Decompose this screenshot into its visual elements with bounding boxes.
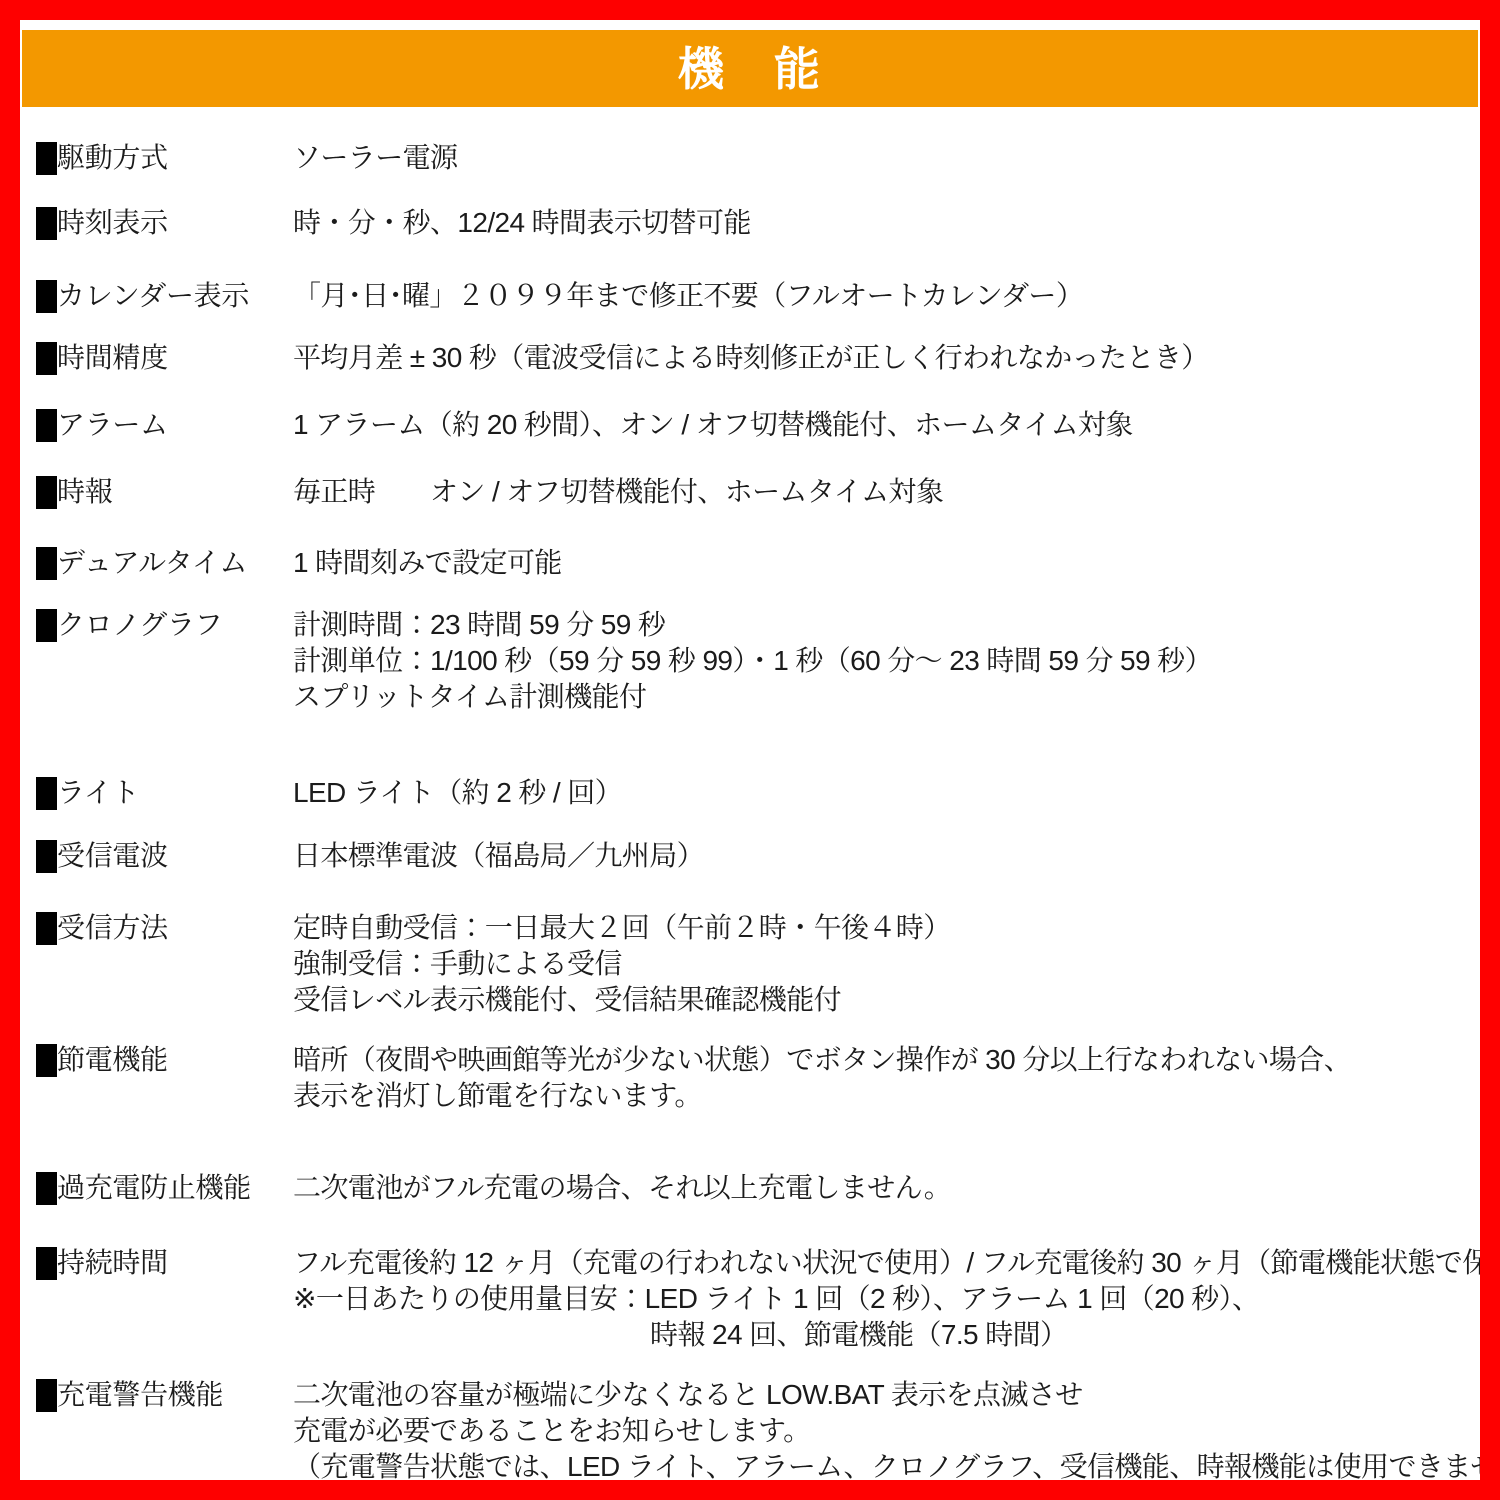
spec-label-cell: アラーム bbox=[36, 407, 293, 443]
spec-label-cell: 時刻表示 bbox=[36, 205, 293, 241]
spec-row: アラーム1 アラーム（約 20 秒間）、オン / オフ切替機能付、ホームタイム対… bbox=[36, 407, 1476, 443]
spec-label: 持続時間 bbox=[57, 1245, 168, 1281]
spec-value-line: （充電警告状態では、LED ライト、アラーム、クロノグラフ、受信機能、時報機能は… bbox=[293, 1449, 1476, 1485]
spec-label: 過充電防止機能 bbox=[57, 1170, 251, 1206]
spec-value-line: 時報 24 回、節電機能（7.5 時間） bbox=[293, 1317, 1476, 1353]
spec-row: 時間精度平均月差 ± 30 秒（電波受信による時刻修正が正しく行われなかったとき… bbox=[36, 340, 1476, 376]
bullet-icon bbox=[36, 1172, 57, 1205]
spec-row: クロノグラフ計測時間：23 時間 59 分 59 秒計測単位：1/100 秒（5… bbox=[36, 607, 1476, 715]
spec-value-line: 計測単位：1/100 秒（59 分 59 秒 99）・1 秒（60 分〜 23 … bbox=[293, 643, 1476, 679]
bullet-icon bbox=[36, 840, 57, 873]
spec-label-cell: 過充電防止機能 bbox=[36, 1170, 293, 1206]
bullet-icon bbox=[36, 409, 57, 442]
spec-row: 時報毎正時 オン / オフ切替機能付、ホームタイム対象 bbox=[36, 474, 1476, 510]
bullet-icon bbox=[36, 1247, 57, 1280]
spec-value-line: 時・分・秒、12/24 時間表示切替可能 bbox=[293, 205, 1476, 241]
spec-label: ライト bbox=[57, 775, 139, 811]
spec-label-cell: カレンダー表示 bbox=[36, 278, 293, 314]
spec-row: 過充電防止機能二次電池がフル充電の場合、それ以上充電しません。 bbox=[36, 1170, 1476, 1206]
spec-value: 毎正時 オン / オフ切替機能付、ホームタイム対象 bbox=[293, 474, 1476, 510]
bullet-icon bbox=[36, 476, 57, 509]
spec-label: 時間精度 bbox=[57, 340, 168, 376]
spec-value-line: 二次電池の容量が極端に少なくなると LOW.BAT 表示を点滅させ bbox=[293, 1377, 1476, 1413]
spec-value-line: 充電が必要であることをお知らせします。 bbox=[293, 1413, 1476, 1449]
spec-row: ライトLED ライト（約 2 秒 / 回） bbox=[36, 775, 1476, 811]
spec-value-line: 計測時間：23 時間 59 分 59 秒 bbox=[293, 607, 1476, 643]
spec-label: デュアルタイム bbox=[57, 545, 247, 581]
spec-sheet-page: 機 能 駆動方式ソーラー電源時刻表示時・分・秒、12/24 時間表示切替可能カレ… bbox=[0, 0, 1500, 1500]
spec-row: 駆動方式ソーラー電源 bbox=[36, 140, 1476, 176]
spec-value-line: ※一日あたりの使用量目安：LED ライト 1 回（2 秒）、アラーム 1 回（2… bbox=[293, 1281, 1476, 1317]
spec-row: 充電警告機能二次電池の容量が極端に少なくなると LOW.BAT 表示を点滅させ充… bbox=[36, 1377, 1476, 1485]
spec-value-line: 1 時間刻みで設定可能 bbox=[293, 545, 1476, 581]
spec-label-cell: 充電警告機能 bbox=[36, 1377, 293, 1413]
spec-label-cell: 節電機能 bbox=[36, 1042, 293, 1078]
spec-value: ソーラー電源 bbox=[293, 140, 1476, 176]
bullet-icon bbox=[36, 912, 57, 945]
bullet-icon bbox=[36, 1044, 57, 1077]
spec-value: 暗所（夜間や映画館等光が少ない状態）でボタン操作が 30 分以上行なわれない場合… bbox=[293, 1042, 1476, 1114]
spec-value-line: 日本標準電波（福島局／九州局） bbox=[293, 838, 1476, 874]
spec-label-cell: 受信電波 bbox=[36, 838, 293, 874]
spec-value-line: 二次電池がフル充電の場合、それ以上充電しません。 bbox=[293, 1170, 1476, 1206]
spec-value-line: 「月･日･曜」２０９９年まで修正不要（フルオートカレンダー） bbox=[293, 278, 1476, 314]
spec-value-line: 1 アラーム（約 20 秒間）、オン / オフ切替機能付、ホームタイム対象 bbox=[293, 407, 1476, 443]
spec-row: 受信方法定時自動受信：一日最大２回（午前２時・午後４時）強制受信：手動による受信… bbox=[36, 910, 1476, 1018]
spec-value-line: 表示を消灯し節電を行ないます。 bbox=[293, 1078, 1476, 1114]
spec-value: 1 時間刻みで設定可能 bbox=[293, 545, 1476, 581]
spec-label-cell: デュアルタイム bbox=[36, 545, 293, 581]
spec-label: アラーム bbox=[57, 407, 168, 443]
bullet-icon bbox=[36, 1379, 57, 1412]
spec-value-line: フル充電後約 12 ヶ月（充電の行われない状況で使用）/ フル充電後約 30 ヶ… bbox=[293, 1245, 1476, 1281]
spec-label: 時報 bbox=[57, 474, 112, 510]
spec-value-line: ソーラー電源 bbox=[293, 140, 1476, 176]
spec-value: 時・分・秒、12/24 時間表示切替可能 bbox=[293, 205, 1476, 241]
spec-value: LED ライト（約 2 秒 / 回） bbox=[293, 775, 1476, 811]
spec-label-cell: 時報 bbox=[36, 474, 293, 510]
spec-row: 節電機能暗所（夜間や映画館等光が少ない状態）でボタン操作が 30 分以上行なわれ… bbox=[36, 1042, 1476, 1114]
spec-value: 二次電池の容量が極端に少なくなると LOW.BAT 表示を点滅させ充電が必要であ… bbox=[293, 1377, 1476, 1485]
spec-label-cell: 時間精度 bbox=[36, 340, 293, 376]
spec-label-cell: ライト bbox=[36, 775, 293, 811]
bullet-icon bbox=[36, 142, 57, 175]
spec-label: クロノグラフ bbox=[57, 607, 222, 643]
spec-value: 「月･日･曜」２０９９年まで修正不要（フルオートカレンダー） bbox=[293, 278, 1476, 314]
bullet-icon bbox=[36, 547, 57, 580]
bullet-icon bbox=[36, 280, 57, 313]
header-bar: 機 能 bbox=[22, 30, 1478, 107]
spec-row: カレンダー表示「月･日･曜」２０９９年まで修正不要（フルオートカレンダー） bbox=[36, 278, 1476, 314]
spec-label-cell: 持続時間 bbox=[36, 1245, 293, 1281]
spec-label: 駆動方式 bbox=[57, 140, 168, 176]
spec-label: 時刻表示 bbox=[57, 205, 168, 241]
spec-value: 二次電池がフル充電の場合、それ以上充電しません。 bbox=[293, 1170, 1476, 1206]
spec-value-line: 受信レベル表示機能付、受信結果確認機能付 bbox=[293, 982, 1476, 1018]
bullet-icon bbox=[36, 342, 57, 375]
spec-row: 持続時間フル充電後約 12 ヶ月（充電の行われない状況で使用）/ フル充電後約 … bbox=[36, 1245, 1476, 1353]
spec-row: 受信電波日本標準電波（福島局／九州局） bbox=[36, 838, 1476, 874]
spec-label: 節電機能 bbox=[57, 1042, 168, 1078]
spec-value: 定時自動受信：一日最大２回（午前２時・午後４時）強制受信：手動による受信受信レベ… bbox=[293, 910, 1476, 1018]
spec-value-line: 強制受信：手動による受信 bbox=[293, 946, 1476, 982]
spec-value: 計測時間：23 時間 59 分 59 秒計測単位：1/100 秒（59 分 59… bbox=[293, 607, 1476, 715]
spec-label: 充電警告機能 bbox=[57, 1377, 223, 1413]
spec-label-cell: 受信方法 bbox=[36, 910, 293, 946]
spec-row: 時刻表示時・分・秒、12/24 時間表示切替可能 bbox=[36, 205, 1476, 241]
bullet-icon bbox=[36, 777, 57, 810]
spec-value-line: 定時自動受信：一日最大２回（午前２時・午後４時） bbox=[293, 910, 1476, 946]
spec-value-line: 暗所（夜間や映画館等光が少ない状態）でボタン操作が 30 分以上行なわれない場合… bbox=[293, 1042, 1476, 1078]
spec-label: 受信電波 bbox=[57, 838, 168, 874]
spec-value: フル充電後約 12 ヶ月（充電の行われない状況で使用）/ フル充電後約 30 ヶ… bbox=[293, 1245, 1476, 1353]
spec-value: 1 アラーム（約 20 秒間）、オン / オフ切替機能付、ホームタイム対象 bbox=[293, 407, 1476, 443]
spec-label: カレンダー表示 bbox=[57, 278, 249, 314]
spec-value: 平均月差 ± 30 秒（電波受信による時刻修正が正しく行われなかったとき） bbox=[293, 340, 1476, 376]
spec-label: 受信方法 bbox=[57, 910, 168, 946]
spec-value-line: 平均月差 ± 30 秒（電波受信による時刻修正が正しく行われなかったとき） bbox=[293, 340, 1476, 376]
spec-label-cell: クロノグラフ bbox=[36, 607, 293, 643]
bullet-icon bbox=[36, 207, 57, 240]
spec-value-line: 毎正時 オン / オフ切替機能付、ホームタイム対象 bbox=[293, 474, 1476, 510]
spec-label-cell: 駆動方式 bbox=[36, 140, 293, 176]
page-title: 機 能 bbox=[678, 46, 822, 92]
spec-value-line: スプリットタイム計測機能付 bbox=[293, 679, 1476, 715]
spec-value: 日本標準電波（福島局／九州局） bbox=[293, 838, 1476, 874]
spec-list: 駆動方式ソーラー電源時刻表示時・分・秒、12/24 時間表示切替可能カレンダー表… bbox=[20, 140, 1480, 1485]
bullet-icon bbox=[36, 609, 57, 642]
spec-row: デュアルタイム1 時間刻みで設定可能 bbox=[36, 545, 1476, 581]
spec-value-line: LED ライト（約 2 秒 / 回） bbox=[293, 775, 1476, 811]
